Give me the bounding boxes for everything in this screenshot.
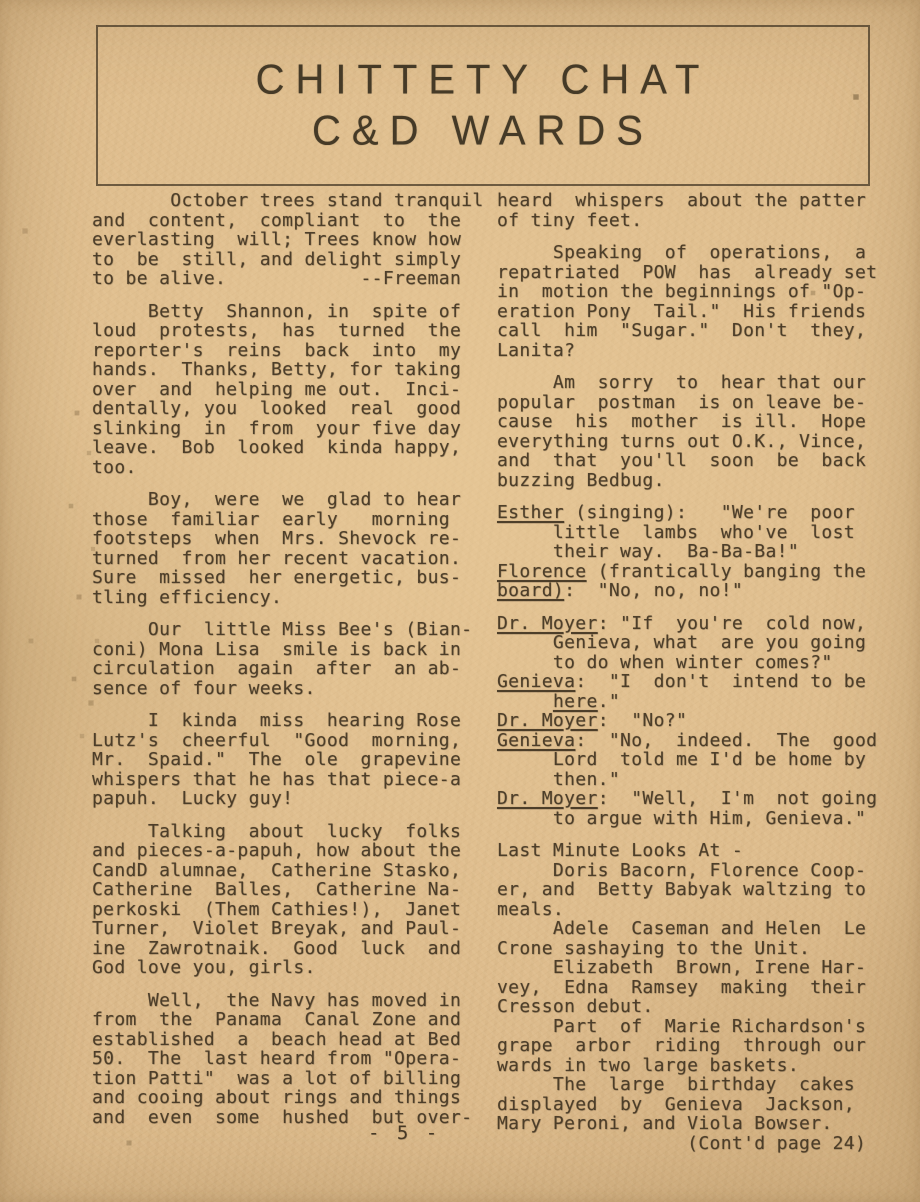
text-line: Sure missed her energetic, bus- xyxy=(92,568,468,588)
paragraph: Dr. Moyer: "If you're cold now, Genieva,… xyxy=(497,614,881,829)
text-line: slinking in from your five day xyxy=(92,419,468,439)
text-line: circulation again after an ab- xyxy=(92,659,468,679)
text-line: displayed by Genieva Jackson, xyxy=(497,1095,881,1115)
text-line: Part of Marie Richardson's xyxy=(497,1017,881,1037)
text-line: here." xyxy=(497,692,881,712)
text-line: whispers that he has that piece-a xyxy=(92,770,468,790)
text-line: (Cont'd page 24) xyxy=(497,1134,881,1154)
text-line: heard whispers about the patter xyxy=(497,191,881,211)
paragraph: Last Minute Looks At - Doris Bacorn, Flo… xyxy=(497,841,881,1153)
text-line: coni) Mona Lisa smile is back in xyxy=(92,640,468,660)
text-line: Dr. Moyer: "Well, I'm not going xyxy=(497,789,881,809)
text-segment: (singing): "We're poor xyxy=(564,502,855,523)
text-line: Talking about lucky folks xyxy=(92,822,468,842)
speaker-name: board) xyxy=(497,580,564,601)
paragraph: Talking about lucky folksand pieces-a-pa… xyxy=(92,822,468,978)
paragraph: Esther (singing): "We're poor little lam… xyxy=(497,503,881,601)
text-line: repatriated POW has already set xyxy=(497,263,881,283)
text-segment: : "No, no, no!" xyxy=(564,580,743,601)
text-line: to be alive. --Freeman xyxy=(92,269,468,289)
text-line: and that you'll soon be back xyxy=(497,451,881,471)
newsletter-title: CHITTETY CHAT xyxy=(256,57,711,104)
text-line: er, and Betty Babyak waltzing to xyxy=(497,880,881,900)
text-line: Our little Miss Bee's (Bian- xyxy=(92,620,468,640)
paragraph: Speaking of operations, arepatriated POW… xyxy=(497,243,881,360)
text-line: too. xyxy=(92,458,468,478)
ink-specks xyxy=(0,0,2,2)
header-box: CHITTETY CHAT C&D WARDS xyxy=(96,25,870,186)
text-line: to be still, and delight simply xyxy=(92,250,468,270)
text-line: Dr. Moyer: "No?" xyxy=(497,711,881,731)
text-line: cause his mother is ill. Hope xyxy=(497,412,881,432)
text-line: I kinda miss hearing Rose xyxy=(92,711,468,731)
text-line: in motion the beginnings of "Op- xyxy=(497,282,881,302)
speaker-name: Dr. Moyer xyxy=(497,788,598,809)
text-line: from the Panama Canal Zone and xyxy=(92,1010,468,1030)
paragraph: October trees stand tranquiland content,… xyxy=(92,191,468,289)
text-line: The large birthday cakes xyxy=(497,1075,881,1095)
speaker-name: Genieva xyxy=(497,671,575,692)
text-line: Genieva: "No, indeed. The good xyxy=(497,731,881,751)
paragraph: Betty Shannon, in spite ofloud protests,… xyxy=(92,302,468,478)
speaker-name: Esther xyxy=(497,502,564,523)
text-line: Lord told me I'd be home by xyxy=(497,750,881,770)
text-segment: : "If you're cold now, xyxy=(598,613,867,634)
paragraph: I kinda miss hearing RoseLutz's cheerful… xyxy=(92,711,468,809)
speaker-name: here xyxy=(553,691,598,712)
text-line: everything turns out O.K., Vince, xyxy=(497,432,881,452)
text-line: Genieva: "I don't intend to be xyxy=(497,672,881,692)
text-line: tling efficiency. xyxy=(92,588,468,608)
text-segment: : "No?" xyxy=(598,710,688,731)
text-line: Well, the Navy has moved in xyxy=(92,991,468,1011)
paragraph: Boy, were we glad to hearthose familiar … xyxy=(92,490,468,607)
text-line: footsteps when Mrs. Shevock re- xyxy=(92,529,468,549)
text-segment: : "Well, I'm not going xyxy=(598,788,878,809)
text-line: established a beach head at Bed xyxy=(92,1030,468,1050)
text-segment: : "No, indeed. The good xyxy=(575,730,877,751)
text-line: leave. Bob looked kinda happy, xyxy=(92,438,468,458)
text-line: call him "Sugar." Don't they, xyxy=(497,321,881,341)
text-line: over and helping me out. Inci- xyxy=(92,380,468,400)
text-line: sence of four weeks. xyxy=(92,679,468,699)
right-column: heard whispers about the patterof tiny f… xyxy=(497,191,881,1166)
text-line: to argue with Him, Genieva." xyxy=(497,809,881,829)
text-line: buzzing Bedbug. xyxy=(497,471,881,491)
page-number: - 5 - xyxy=(368,1122,440,1144)
paragraph: Am sorry to hear that ourpopular postman… xyxy=(497,373,881,490)
text-line: God love you, girls. xyxy=(92,958,468,978)
text-line: Elizabeth Brown, Irene Har- xyxy=(497,958,881,978)
text-line: meals. xyxy=(497,900,881,920)
text-line: Lanita? xyxy=(497,341,881,361)
paragraph: Well, the Navy has moved infrom the Pana… xyxy=(92,991,468,1128)
text-line: October trees stand tranquil xyxy=(92,191,468,211)
text-line: vey, Edna Ramsey making their xyxy=(497,978,881,998)
text-segment: : "I don't intend to be xyxy=(575,671,866,692)
text-line: reporter's reins back into my xyxy=(92,341,468,361)
text-line: ine Zawrotnaik. Good luck and xyxy=(92,939,468,959)
text-line: Adele Caseman and Helen Le xyxy=(497,919,881,939)
speaker-name: Dr. Moyer xyxy=(497,613,598,634)
speaker-name: Florence xyxy=(497,561,587,582)
text-line: perkoski (Them Cathies!), Janet xyxy=(92,900,468,920)
text-segment: (frantically banging the xyxy=(587,561,867,582)
text-line: little lambs who've lost xyxy=(497,523,881,543)
text-line: Crone sashaying to the Unit. xyxy=(497,939,881,959)
newsletter-page: CHITTETY CHAT C&D WARDS October trees st… xyxy=(0,0,920,1202)
text-line: eration Pony Tail." His friends xyxy=(497,302,881,322)
text-line: Mr. Spaid." The ole grapevine xyxy=(92,750,468,770)
text-line: Lutz's cheerful "Good morning, xyxy=(92,731,468,751)
text-line: and cooing about rings and things xyxy=(92,1088,468,1108)
text-line: dentally, you looked real good xyxy=(92,399,468,419)
text-line: and pieces-a-papuh, how about the xyxy=(92,841,468,861)
text-line: Florence (frantically banging the xyxy=(497,562,881,582)
text-line: those familiar early morning xyxy=(92,510,468,530)
text-line: papuh. Lucky guy! xyxy=(92,789,468,809)
text-line: everlasting will; Trees know how xyxy=(92,230,468,250)
text-line: loud protests, has turned the xyxy=(92,321,468,341)
newsletter-subtitle: C&D WARDS xyxy=(312,108,654,155)
text-line: Turner, Violet Breyak, and Paul- xyxy=(92,919,468,939)
speaker-name: Genieva xyxy=(497,730,575,751)
text-line: hands. Thanks, Betty, for taking xyxy=(92,360,468,380)
text-segment xyxy=(497,691,553,712)
text-line: board): "No, no, no!" xyxy=(497,581,881,601)
text-segment: ." xyxy=(598,691,620,712)
text-line: Cresson debut. xyxy=(497,997,881,1017)
paragraph: heard whispers about the patterof tiny f… xyxy=(497,191,881,230)
text-line: Mary Peroni, and Viola Bowser. xyxy=(497,1114,881,1134)
text-line: 50. The last heard from "Opera- xyxy=(92,1049,468,1069)
text-line: then." xyxy=(497,770,881,790)
text-line: Doris Bacorn, Florence Coop- xyxy=(497,861,881,881)
text-line: Catherine Balles, Catherine Na- xyxy=(92,880,468,900)
text-line: to do when winter comes?" xyxy=(497,653,881,673)
text-line: Genieva, what are you going xyxy=(497,633,881,653)
text-line: popular postman is on leave be- xyxy=(497,393,881,413)
text-line: Betty Shannon, in spite of xyxy=(92,302,468,322)
text-line: and content, compliant to the xyxy=(92,211,468,231)
text-line: Boy, were we glad to hear xyxy=(92,490,468,510)
text-line: wards in two large baskets. xyxy=(497,1056,881,1076)
text-line: of tiny feet. xyxy=(497,211,881,231)
text-line: their way. Ba-Ba-Ba!" xyxy=(497,542,881,562)
paragraph: Our little Miss Bee's (Bian-coni) Mona L… xyxy=(92,620,468,698)
text-line: turned from her recent vacation. xyxy=(92,549,468,569)
text-line: grape arbor riding through our xyxy=(497,1036,881,1056)
text-line: tion Patti" was a lot of billing xyxy=(92,1069,468,1089)
speaker-name: Dr. Moyer xyxy=(497,710,598,731)
left-column: October trees stand tranquiland content,… xyxy=(92,191,468,1140)
text-line: Dr. Moyer: "If you're cold now, xyxy=(497,614,881,634)
text-line: CandD alumnae, Catherine Stasko, xyxy=(92,861,468,881)
text-line: Esther (singing): "We're poor xyxy=(497,503,881,523)
text-line: Am sorry to hear that our xyxy=(497,373,881,393)
text-line: Last Minute Looks At - xyxy=(497,841,881,861)
text-line: Speaking of operations, a xyxy=(497,243,881,263)
